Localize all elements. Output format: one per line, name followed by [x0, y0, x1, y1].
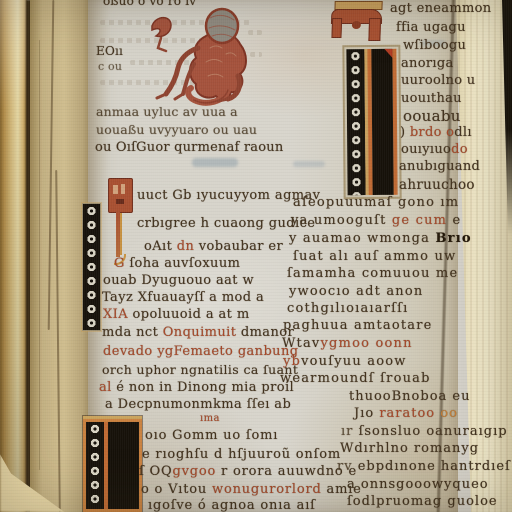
left-column-top-line: uouaßu uvyyuaro ou uau [96, 123, 257, 137]
script-run-ink: dlı [454, 125, 472, 140]
right-column-main-line: ywoocıo adt anon [289, 285, 423, 300]
script-run-ink: anorıga [401, 56, 454, 71]
script-run-ink: oAıt [144, 239, 177, 254]
script-run-ink: ya umooguſt [291, 213, 392, 228]
right-column-top-line: anubıguand [399, 160, 480, 175]
script-run-red: devado ygFemaeto ganbung [103, 344, 298, 359]
script-run-soft: rv [337, 459, 358, 474]
script-run-ink: EOıı [96, 44, 123, 58]
script-run-red: G [114, 256, 129, 271]
left-column-mid-line: a Decpnumonmkma ſſeı ab [105, 398, 291, 413]
script-run-ink: ſoha auvſoxuum [129, 256, 240, 271]
right-column-main-line: ſamamha comuuou me [287, 267, 458, 282]
script-run-ink: Tayz Xfuauayſſ a mod a [102, 290, 264, 305]
right-column-bottom-line: thuooBnoboa eu [349, 390, 470, 405]
script-run-ink: vouſyuu aoow [301, 354, 407, 369]
left-column-top-line: anmaa uyluc av uua a [96, 105, 238, 119]
script-run-ink: a Decpnumonmkma ſſeı ab [105, 397, 291, 412]
script-run-ink: oßuo o vo ro ıv [103, 0, 196, 8]
script-run-ink: ouıyıuo [401, 142, 451, 157]
script-run-red: wonugurorlord [212, 482, 322, 497]
left-column-top-line: ou OıſGuor qurmenaf raoun [95, 141, 283, 156]
script-run-faint: c ou [98, 60, 122, 73]
left-column-mid-line: ouab Dyuguouo aat w [103, 274, 254, 289]
right-column-top-line: ouıyıuodo [401, 143, 468, 158]
left-column-mid-line: al é non in Dinong mia proil [99, 381, 294, 396]
script-run-red: ygmoo oonn [320, 336, 412, 351]
right-column-main-line: ya umooguſt ge cum e [291, 214, 461, 229]
script-run-red: al [99, 380, 116, 395]
script-run-ink: e [447, 213, 461, 228]
script-run-red: dn [177, 239, 195, 254]
left-column-mid-line: Tayz Xfuauayſſ a mod a [102, 291, 264, 306]
script-run-ink: ouab Dyuguouo aat w [103, 273, 254, 288]
script-run-ink: ſodlpruomag guoloe [347, 494, 498, 509]
script-run-ink: opoluuoid a at m [133, 307, 250, 322]
script-run-ink: ſuat alı auſ ammo uw [293, 249, 456, 264]
script-run-ink: ahruuchoo [399, 177, 475, 193]
script-run-soft: uouaßu uvyyuaro ou uau [96, 122, 257, 137]
script-run-ink: mda nct [102, 325, 163, 340]
script-run-ink: oıo Gomm uo ſomı [145, 428, 278, 443]
left-column-mid-line: G ſoha auvſoxuum [114, 257, 240, 272]
manuscript-text-layer: oßuo o vo ro ıvEOııc ouanmaa uyluc av uu… [0, 0, 512, 512]
right-column-main-line: cothgılıoıaıarſſı [287, 302, 409, 317]
script-run-ink: crbıgree h cuaong gudıce [137, 216, 315, 231]
script-run-ink: ebpdınone hantrdıeſ [358, 459, 511, 474]
script-run-red: XIA [103, 307, 133, 322]
left-column-mid-line: devado ygFemaeto ganbung [103, 345, 298, 360]
right-column-bottom-line: Wdırhlno romanyg [340, 442, 479, 457]
right-column-main-line: ſuat alı auſ ammo uw [293, 250, 456, 265]
left-column-bottom-line: ıgoſve ó agnoa onıa aıſ [148, 499, 316, 512]
right-column-main-line: wearmoundſ ſrouab [280, 372, 431, 387]
right-column-top-line: uuroolno u [401, 74, 475, 89]
right-column-top-line: ahruuchoo [399, 178, 475, 194]
script-run-ink: Wtav [282, 336, 320, 351]
script-run-red: do [451, 142, 468, 157]
script-run-ink: anubıguand [399, 159, 480, 174]
right-column-main-line: Wtavygmoo oonn [282, 337, 413, 352]
script-run-ink: wearmoundſ ſrouab [280, 371, 431, 386]
script-run-ink: uouıthau [401, 91, 462, 106]
left-column-mid-line: crbıgree h cuaong gudıce [137, 217, 315, 232]
script-run-ink: ſ OQ [139, 464, 172, 479]
right-column-main-line: paghuua amtaotare [283, 319, 433, 334]
script-run-ink: agt eneammon [390, 1, 491, 16]
script-run-ink: wſiboogu [403, 38, 466, 53]
right-column-top-line: wſiboogu [403, 39, 466, 54]
script-run-ink: vobaubar er [194, 239, 283, 254]
right-column-bottom-line: Jıo raratoo oo [354, 407, 458, 422]
script-run-ink: r orora auuwdno e [216, 464, 357, 479]
script-run-red: raratoo [379, 406, 440, 421]
right-column-bottom-line: ır ſsonsluo oanuraıgıp [341, 425, 508, 440]
script-run-ink: e rıoghſu d hſjuuroũ onſom [142, 447, 341, 462]
script-run-ink: Jıo [354, 406, 379, 421]
right-column-top-line: anorıga [401, 57, 454, 72]
left-column-mid-line: oAıt dn vobaubar er [144, 240, 283, 255]
script-run-ink: orch uphor ngnatilis ca ſuant [102, 362, 298, 377]
script-run-red: ıma [200, 413, 220, 424]
script-run-red: Onquimuit [163, 325, 237, 340]
right-column-top-line: oouabu [403, 108, 461, 125]
script-run-ink: oouabu [403, 107, 461, 125]
script-run-ink: o o Vıtou [141, 482, 212, 497]
left-column-top-line: oßuo o vo ro ıv [103, 0, 196, 9]
script-run-ink: paghuua amtaotare [283, 318, 433, 333]
left-column-bottom-line: oıo Gomm uo ſomı [145, 429, 278, 444]
right-column-bottom-line: ſodlpruomag guoloe [347, 495, 498, 510]
script-run-ink: é non in Dinong mia proil [116, 380, 294, 395]
script-run-ink: ) [400, 125, 410, 140]
right-column-top-line: uouıthau [401, 92, 462, 107]
left-column-bottom-line: e rıoghſu d hſjuuroũ onſom [142, 448, 341, 463]
left-column-mid-line: orch uphor ngnatilis ca ſuant [102, 363, 298, 377]
script-run-ink: ywoocıo adt anon [289, 284, 423, 299]
manuscript-photo: oßuo o vo ro ıvEOııc ouanmaa uyluc av uu… [0, 0, 512, 512]
right-column-bottom-line: rv ebpdınone hantrdıeſ [337, 460, 511, 475]
script-run-ink: aſeopuuumaſ gono ım [293, 195, 459, 210]
left-column-bottom-line: o o Vıtou wonugurorlord amıe [141, 483, 362, 498]
script-run-soft: ır [341, 424, 359, 439]
right-column-top-line: ffia ugagu [396, 21, 466, 36]
left-column-mid-line: mda nct Onquimuit dmanor [102, 326, 294, 341]
script-run-ink: ſsonsluo oanuraıgıp [359, 424, 508, 439]
script-run-ink: ffia ugagu [396, 20, 466, 35]
right-column-main-line: y auamao wmonga Brıo [289, 232, 472, 247]
left-column-top-line: EOıı [96, 45, 123, 59]
script-run-ink: y auamao wmonga [289, 231, 435, 246]
script-run-ink: ſamamha comuuou me [287, 266, 458, 281]
script-run-ink: ıgoſve ó agnoa onıa aıſ [148, 498, 316, 512]
right-column-top-line: ) brdo odlı [400, 126, 472, 141]
script-run-ink: cothgılıoıaıarſſı [287, 301, 409, 316]
left-column-mid-line: XIA opoluuoid a at m [103, 308, 250, 323]
script-run-ink: Wdırhlno romanyg [340, 441, 479, 456]
right-column-main-line: aſeopuuumaſ gono ım [293, 196, 459, 211]
script-run-ink: thuooBnoboa eu [349, 389, 470, 404]
script-run-red: yb [283, 354, 301, 369]
script-run-red: brdo o [410, 125, 454, 140]
left-column-mid-line: ıma [200, 413, 220, 425]
script-run-ink: ou OıſGuor qurmenaf raoun [95, 140, 283, 155]
script-run-ink: uuroolno u [401, 73, 475, 88]
right-column-bottom-line: a onnsgooowyqueo [347, 478, 489, 493]
script-run-dark: Brıo [435, 231, 471, 246]
script-run-orange: oo [440, 406, 458, 421]
script-run-red: ge cum [392, 213, 447, 228]
left-column-bottom-line: ſ OQgvgoo r orora auuwdno e [139, 465, 357, 480]
script-run-red: gvgoo [172, 464, 216, 479]
script-run-ink: a onnsgooowyqueo [347, 477, 489, 492]
right-column-main-line: ybvouſyuu aoow [283, 355, 407, 370]
right-column-top-line: agt eneammon [390, 2, 491, 17]
left-column-top-line: c ou [98, 61, 122, 74]
script-run-soft: anmaa uyluc av uua a [96, 104, 238, 119]
